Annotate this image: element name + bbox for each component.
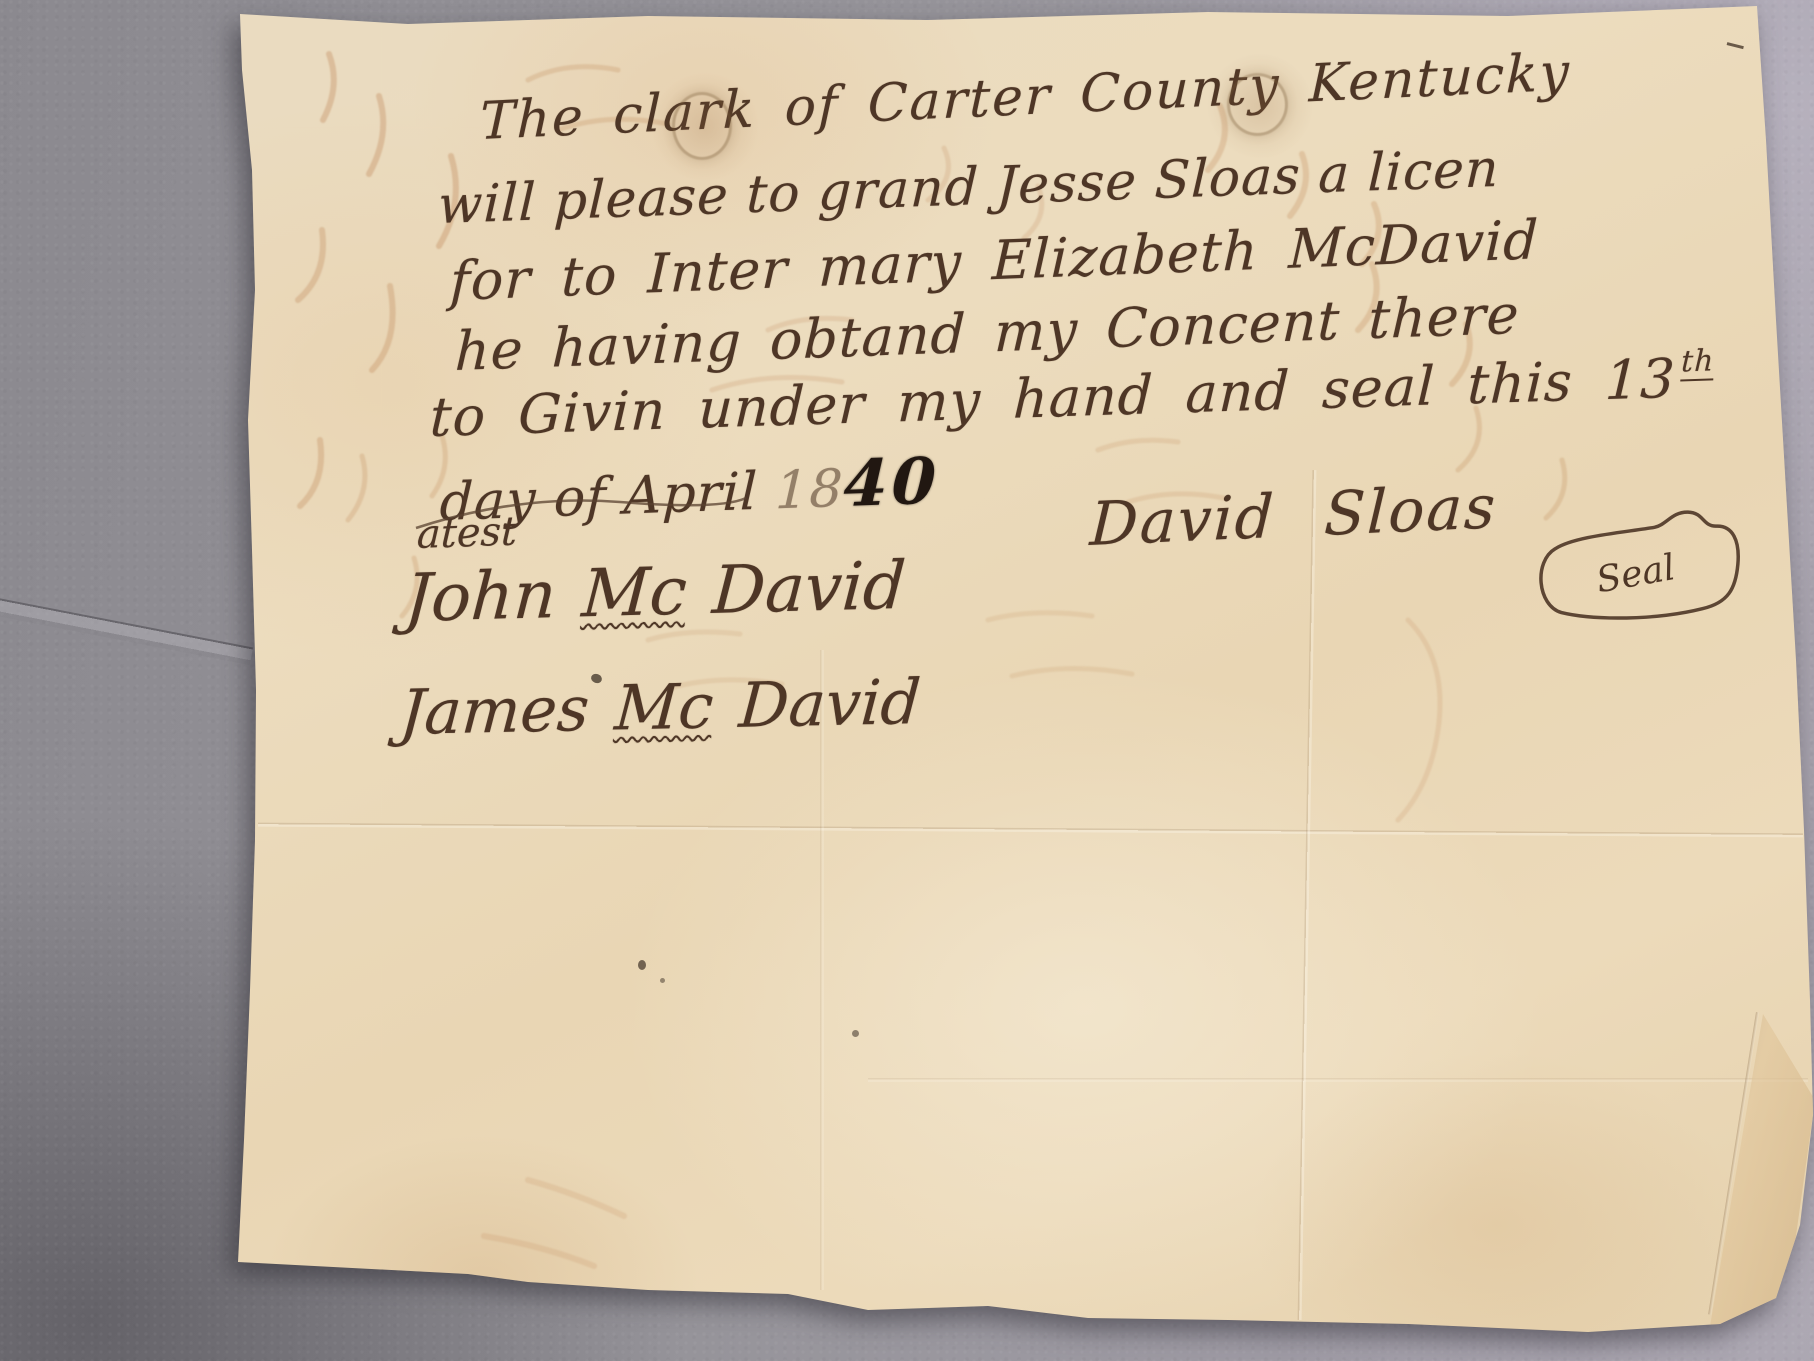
ink-speck bbox=[852, 1030, 859, 1037]
year-18-light: 18 bbox=[774, 459, 844, 521]
witness2-first: James bbox=[398, 672, 592, 749]
corner-pen-mark bbox=[1725, 42, 1744, 55]
witness1-first: John bbox=[403, 556, 559, 637]
signature-john-mcdavid: JohnMcDavid bbox=[403, 547, 908, 637]
punch-hole-left bbox=[675, 95, 729, 157]
attest-label: atest bbox=[416, 508, 518, 558]
year-40-overwritten: 40 bbox=[842, 442, 941, 520]
line-clerk-of-carter-county: The clark of Carter County Kentucky bbox=[479, 42, 1571, 152]
horizontal-fold-crease bbox=[258, 823, 1803, 838]
paper-sheet: The clark of Carter County Kentucky will… bbox=[228, 0, 1814, 1361]
witness1-last: David bbox=[710, 547, 908, 629]
horizontal-fold-crease-lower bbox=[868, 1078, 1808, 1082]
ink-speck bbox=[660, 978, 665, 983]
surface-seam-line bbox=[0, 596, 253, 673]
vertical-fold-crease-left bbox=[820, 650, 824, 1290]
witness2-last: David bbox=[737, 665, 923, 742]
witness1-mc: Mc bbox=[580, 553, 689, 633]
ordinal-th: th bbox=[1681, 343, 1715, 381]
folded-corner bbox=[1683, 1000, 1814, 1340]
signature-david-sloas: David Sloas bbox=[1088, 472, 1498, 560]
vertical-fold-crease-right bbox=[1298, 470, 1317, 1320]
photo-scene: The clark of Carter County Kentucky will… bbox=[0, 0, 1814, 1361]
punch-hole-right bbox=[1230, 76, 1285, 133]
ink-speck bbox=[638, 960, 646, 970]
signature-james-mcdavid: JamesMcDavid bbox=[398, 665, 923, 749]
witness2-mc: Mc bbox=[613, 669, 716, 744]
seal-label: Seal bbox=[1593, 547, 1678, 601]
document-photo: The clark of Carter County Kentucky will… bbox=[228, 0, 1814, 1361]
seal-scroll: Seal bbox=[1526, 504, 1745, 636]
